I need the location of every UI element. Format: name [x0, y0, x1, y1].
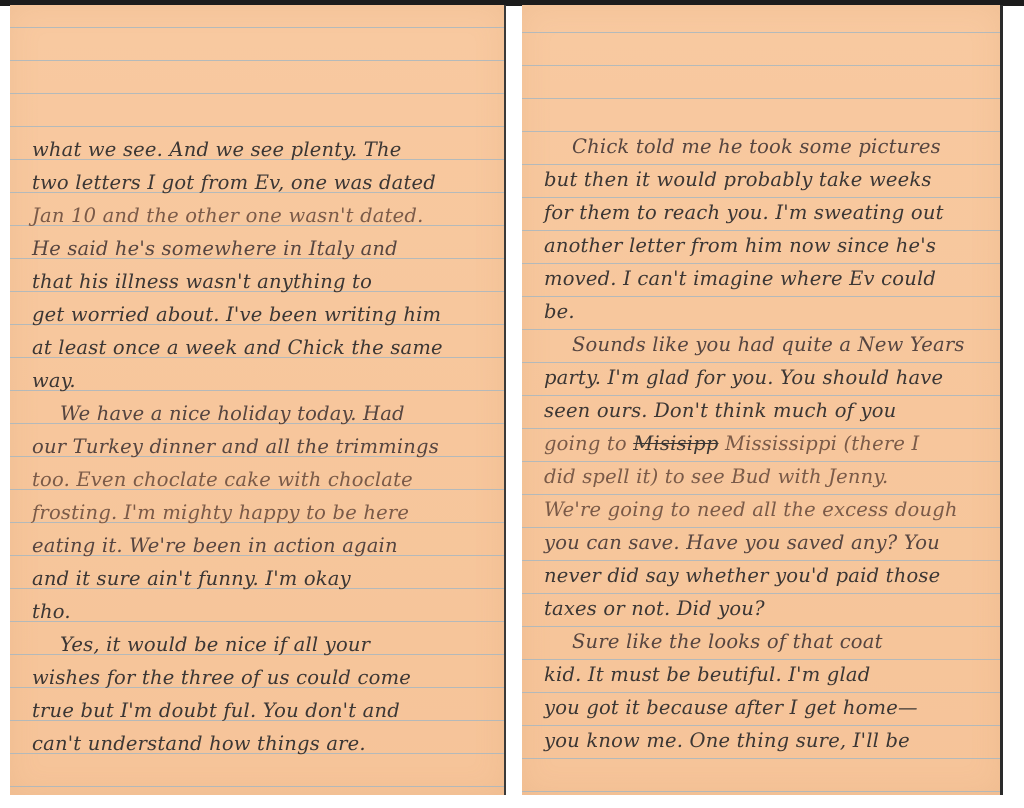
- text-line: kid. It must be beutiful. I'm glad: [544, 658, 986, 691]
- text-fragment: going to: [544, 432, 627, 455]
- text-line: party. I'm glad for you. You should have: [544, 361, 986, 394]
- text-line: get worried about. I've been writing him: [32, 298, 490, 331]
- text-line: Sure like the looks of that coat: [544, 625, 986, 658]
- handwritten-text-right: Chick told me he took some pictures but …: [544, 130, 986, 757]
- handwritten-text-left: what we see. And we see plenty. The two …: [32, 133, 490, 760]
- text-line: be.: [544, 295, 986, 328]
- text-line: two letters I got from Ev, one was dated: [32, 166, 490, 199]
- text-line: at least once a week and Chick the same: [32, 331, 490, 364]
- text-line: He said he's somewhere in Italy and: [32, 232, 490, 265]
- text-line: taxes or not. Did you?: [544, 592, 986, 625]
- text-line: for them to reach you. I'm sweating out: [544, 196, 986, 229]
- text-line: you got it because after I get home—: [544, 691, 986, 724]
- text-line: what we see. And we see plenty. The: [32, 133, 490, 166]
- text-line: going to Misisipp Mississippi (there I: [544, 427, 986, 460]
- crossed-out-word: Misisipp: [633, 432, 718, 455]
- text-line: true but I'm doubt ful. You don't and: [32, 694, 490, 727]
- text-line: another letter from him now since he's: [544, 229, 986, 262]
- text-line: Sounds like you had quite a New Years: [544, 328, 986, 361]
- text-line: seen ours. Don't think much of you: [544, 394, 986, 427]
- text-line: way.: [32, 364, 490, 397]
- text-line: eating it. We're been in action again: [32, 529, 490, 562]
- letter-page-left: what we see. And we see plenty. The two …: [10, 5, 506, 795]
- text-line: but then it would probably take weeks: [544, 163, 986, 196]
- text-line: you know me. One thing sure, I'll be: [544, 724, 986, 757]
- text-line: and it sure ain't funny. I'm okay: [32, 562, 490, 595]
- text-line: our Turkey dinner and all the trimmings: [32, 430, 490, 463]
- text-line: never did say whether you'd paid those: [544, 559, 986, 592]
- text-line: too. Even choclate cake with choclate: [32, 463, 490, 496]
- text-line: frosting. I'm mighty happy to be here: [32, 496, 490, 529]
- text-line: tho.: [32, 595, 490, 628]
- text-line: moved. I can't imagine where Ev could: [544, 262, 986, 295]
- text-line: Chick told me he took some pictures: [544, 130, 986, 163]
- text-line: Jan 10 and the other one wasn't dated.: [32, 199, 490, 232]
- text-line: can't understand how things are.: [32, 727, 490, 760]
- text-line: Yes, it would be nice if all your: [32, 628, 490, 661]
- text-fragment: Mississippi (there I: [725, 432, 919, 455]
- text-line: that his illness wasn't anything to: [32, 265, 490, 298]
- text-line: We're going to need all the excess dough: [544, 493, 986, 526]
- text-line: We have a nice holiday today. Had: [32, 397, 490, 430]
- text-line: you can save. Have you saved any? You: [544, 526, 986, 559]
- letter-page-right: Chick told me he took some pictures but …: [522, 5, 1003, 795]
- text-line: did spell it) to see Bud with Jenny.: [544, 460, 986, 493]
- text-line: wishes for the three of us could come: [32, 661, 490, 694]
